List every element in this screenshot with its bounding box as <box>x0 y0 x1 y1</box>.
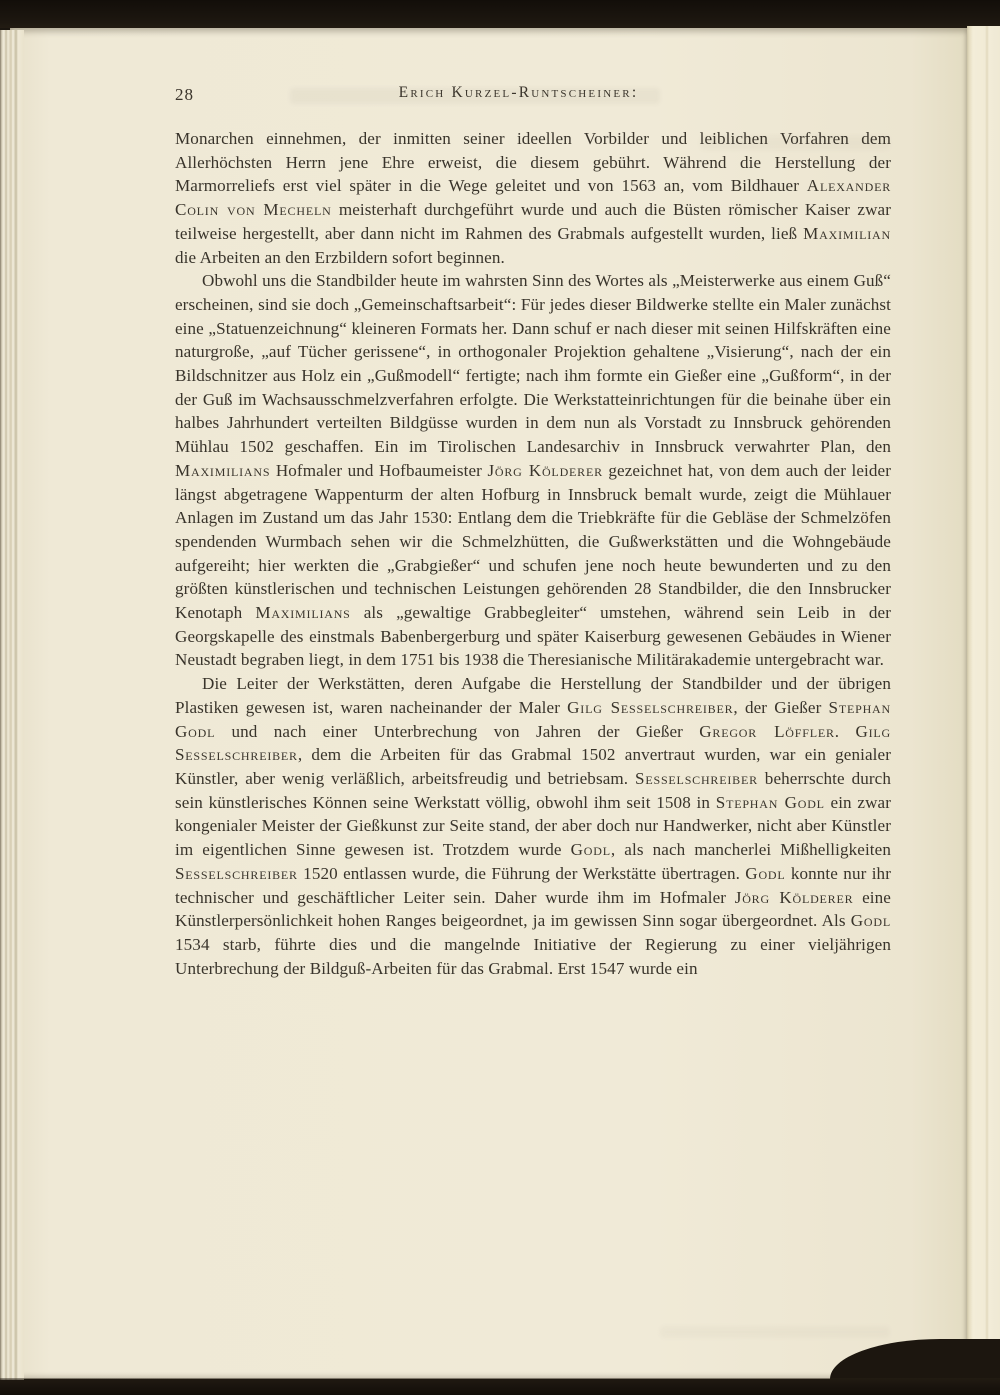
person-name-smallcaps: Maximilian <box>803 224 891 243</box>
scanned-book-page: 28 Erich Kurzel-Runtscheiner: Monarchen … <box>0 0 1000 1395</box>
page-edges-left <box>0 30 24 1380</box>
person-name-smallcaps: Jörg Kölderer <box>735 888 854 907</box>
person-name-smallcaps: Sesselschreiber <box>175 864 298 883</box>
scan-border-top <box>0 0 1000 28</box>
person-name-smallcaps: Godl <box>851 911 891 930</box>
person-name-smallcaps: Godl <box>571 840 611 859</box>
running-header: Erich Kurzel-Runtscheiner: <box>161 84 876 102</box>
paragraph: Monarchen einnehmen, der inmitten seiner… <box>175 127 891 269</box>
person-name-smallcaps: Alexander Colin von Mecheln <box>175 176 891 219</box>
person-name-smallcaps: Maximilians <box>175 461 270 480</box>
person-name-smallcaps: Stephan Godl <box>716 793 825 812</box>
ink-bleed-through <box>660 1326 890 1338</box>
person-name-smallcaps: Gregor Löffler <box>699 722 835 741</box>
paragraph: Obwohl uns die Standbilder heute im wahr… <box>175 269 891 672</box>
page-fore-edge-right <box>967 26 1000 1366</box>
scan-border-bottom <box>0 1378 1000 1395</box>
text-block: Monarchen einnehmen, der inmitten seiner… <box>175 127 891 980</box>
page-header: 28 Erich Kurzel-Runtscheiner: <box>175 84 890 110</box>
person-name-smallcaps: Sesselschreiber <box>635 769 758 788</box>
paragraph: Die Leiter der Werkstätten, deren Aufgab… <box>175 672 891 980</box>
person-name-smallcaps: Maximilians <box>255 603 350 622</box>
person-name-smallcaps: Jörg Kölderer <box>487 461 602 480</box>
person-name-smallcaps: Godl <box>745 864 785 883</box>
person-name-smallcaps: Gilg Sesselschreiber <box>567 698 733 717</box>
